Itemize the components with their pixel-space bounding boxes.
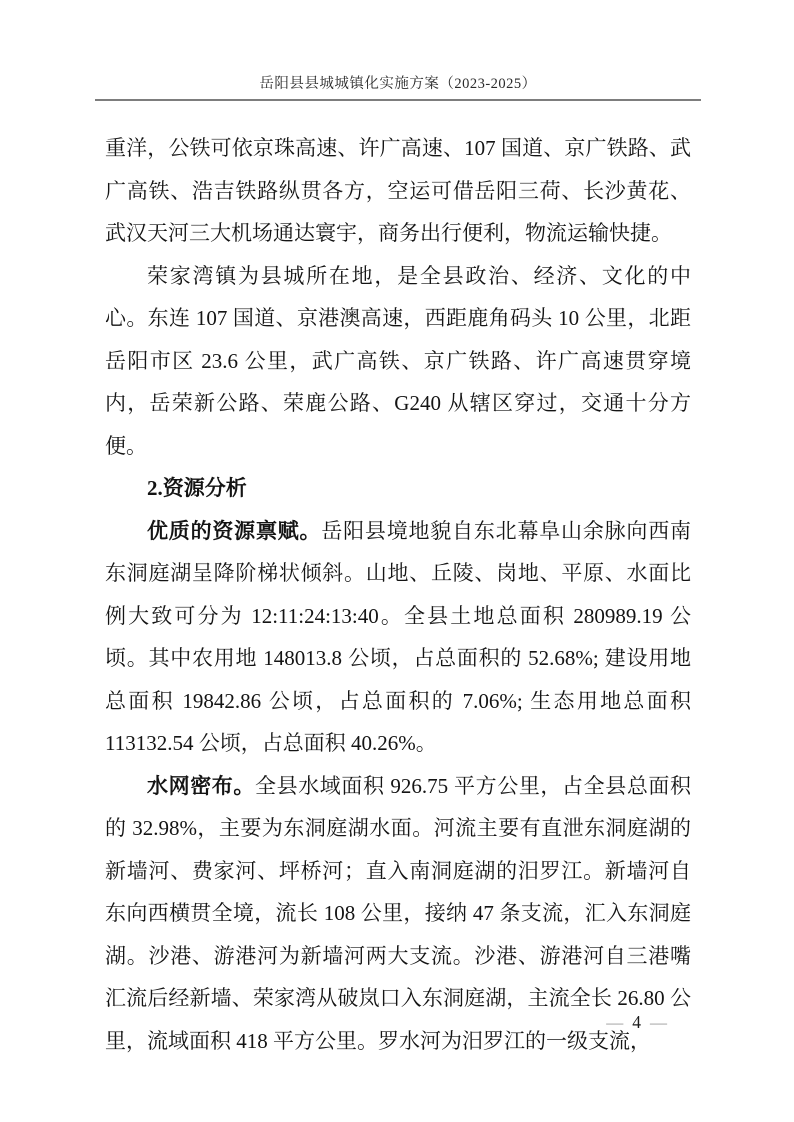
resource-endowment-lead: 优质的资源禀赋。 [147,519,321,543]
page-footer: —4— [597,1012,676,1033]
document-page: 岳阳县县城城镇化实施方案（2023-2025） 重洋，公铁可依京珠高速、许广高速… [0,0,794,1122]
section-heading-resource-analysis: 2.资源分析 [105,467,691,510]
para-transport-continuation: 重洋，公铁可依京珠高速、许广高速、107 国道、京广铁路、武广高铁、浩吉铁路纵贯… [105,127,691,255]
resource-endowment-text: 岳阳县境地貌自东北幕阜山余脉向西南东洞庭湖呈降阶梯状倾斜。山地、丘陵、岗地、平原… [105,519,691,756]
document-body: 重洋，公铁可依京珠高速、许广高速、107 国道、京广铁路、武广高铁、浩吉铁路纵贯… [105,127,691,1062]
water-network-text: 全县水域面积 926.75 平方公里，占全县总面积的 32.98%，主要为东洞庭… [105,774,691,1053]
para-resource-endowment: 优质的资源禀赋。岳阳县境地貌自东北幕阜山余脉向西南东洞庭湖呈降阶梯状倾斜。山地、… [105,510,691,765]
water-network-lead: 水网密布。 [147,774,255,798]
footer-dash-right: — [641,1013,676,1032]
page-number: 4 [632,1012,641,1032]
page-header: 岳阳县县城城镇化实施方案（2023-2025） [95,72,701,101]
page-header-title: 岳阳县县城城镇化实施方案（2023-2025） [259,76,536,92]
para-county-seat: 荣家湾镇为县城所在地，是全县政治、经济、文化的中心。东连 107 国道、京港澳高… [105,255,691,468]
footer-dash-left: — [597,1013,632,1032]
